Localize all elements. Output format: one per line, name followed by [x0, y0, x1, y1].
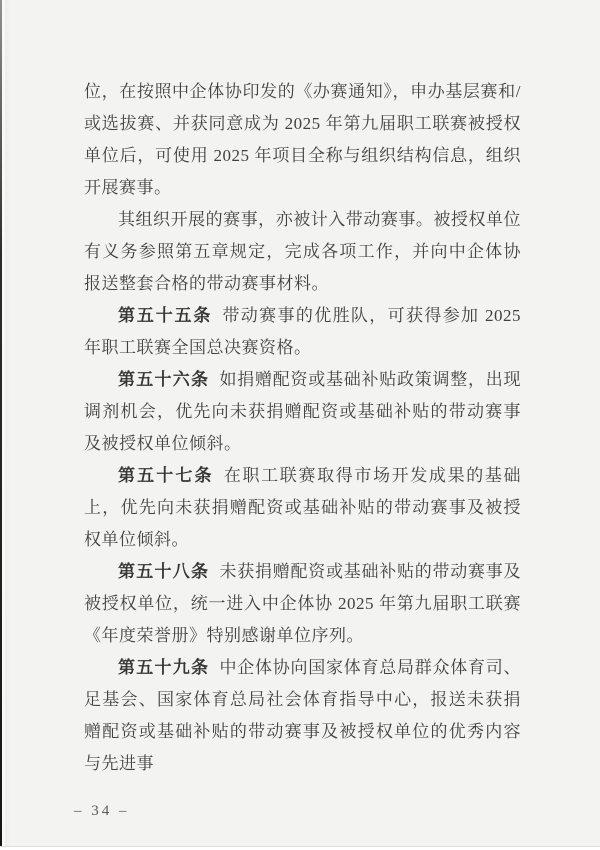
paragraph: 第五十五条带动赛事的优胜队，可获得参加 2025 年职工联赛全国总决赛资格。	[84, 300, 521, 364]
paragraph: 第五十七条在职工联赛取得市场开发成果的基础上，优先向未获捐赠配资或基础补贴的带动…	[84, 460, 521, 556]
article-number: 第五十七条	[118, 466, 214, 485]
page-number: – 34 –	[74, 799, 130, 823]
document-text-column: 位，在按照中企体协印发的《办赛通知》，申办基层赛和/或选拔赛、并获同意成为 20…	[84, 76, 521, 780]
article-number: 第五十五条	[118, 306, 212, 325]
article-number: 第五十六条	[118, 370, 209, 389]
paragraph: 第五十八条未获捐赠配资或基础补贴的带动赛事及被授权单位，统一进入中企体协 202…	[84, 556, 521, 652]
scan-edge-highlight	[2, 0, 5, 850]
paragraph: 位，在按照中企体协印发的《办赛通知》，申办基层赛和/或选拔赛、并获同意成为 20…	[84, 76, 521, 204]
paragraph: 第五十六条如捐赠配资或基础补贴政策调整，出现调剂机会，优先向未获捐赠配资或基础补…	[84, 364, 521, 460]
paragraph-text: 其组织开展的赛事，亦被计入带动赛事。被授权单位有义务参照第五章规定，完成各项工作…	[84, 210, 521, 293]
scan-edge-bottom-artifact	[0, 846, 600, 850]
paragraph: 其组织开展的赛事，亦被计入带动赛事。被授权单位有义务参照第五章规定，完成各项工作…	[84, 204, 521, 300]
article-number: 第五十九条	[118, 658, 209, 677]
paragraph-text: 位，在按照中企体协印发的《办赛通知》，申办基层赛和/或选拔赛、并获同意成为 20…	[84, 82, 521, 197]
scanned-document-page: 位，在按照中企体协印发的《办赛通知》，申办基层赛和/或选拔赛、并获同意成为 20…	[0, 0, 600, 850]
article-number: 第五十八条	[118, 562, 209, 581]
paragraph: 第五十九条中企体协向国家体育总局群众体育司、足基会、国家体育总局社会体育指导中心…	[84, 652, 521, 780]
